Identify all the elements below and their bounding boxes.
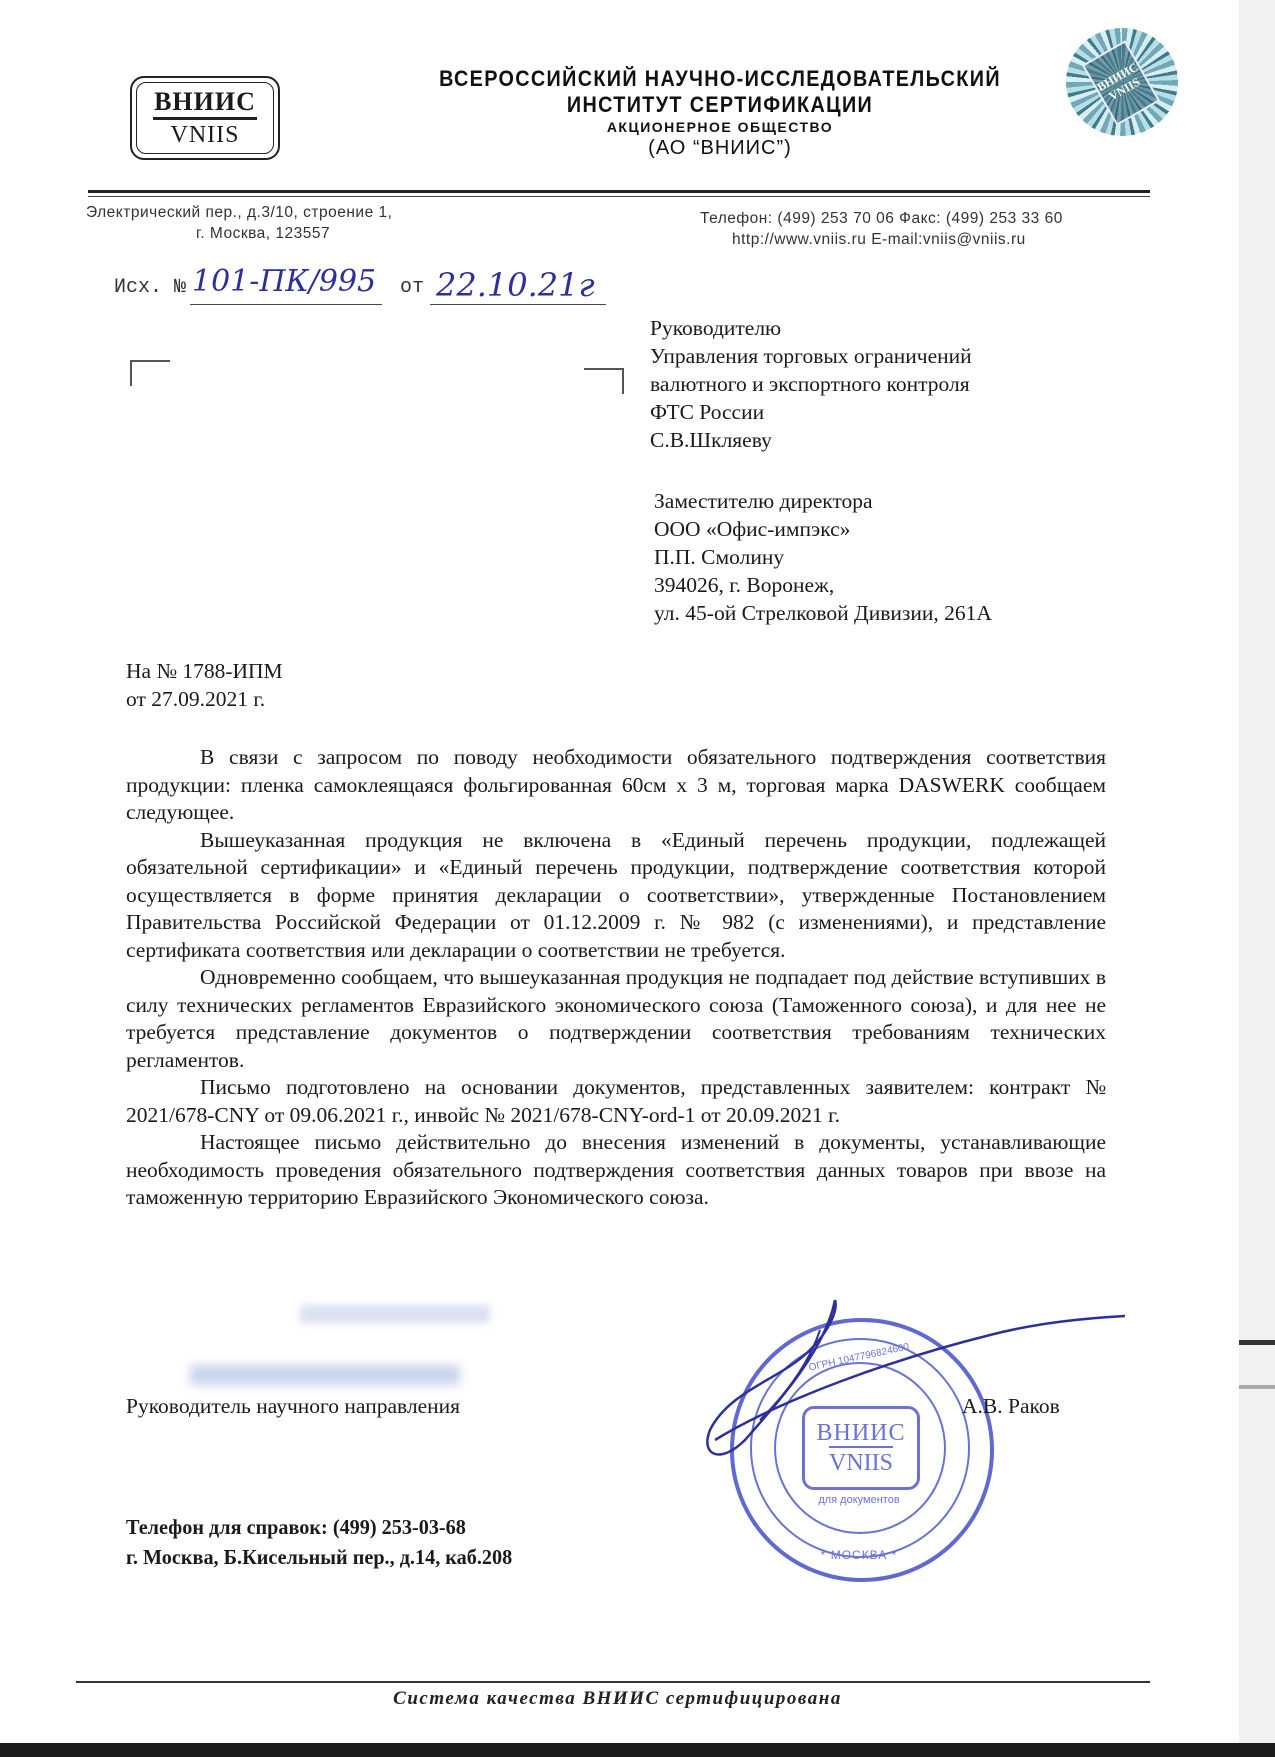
institute-line-4: (АО “ВНИИС”) — [380, 136, 1060, 160]
vniis-logo: ВНИИС VNIIS — [130, 76, 280, 160]
institute-address: Электрический пер., д.3/10, строение 1, … — [86, 202, 506, 244]
body-paragraph: Вышеуказанная продукция не включена в «Е… — [126, 827, 1106, 965]
faded-stamp-smudge — [300, 1305, 490, 1323]
recipient-line: ФТС России — [650, 398, 972, 426]
footer-quality-note: Система качества ВНИИС сертифицирована — [0, 1688, 1275, 1710]
header-divider-thin — [88, 196, 1150, 197]
address-corner-mark — [130, 360, 170, 386]
letter-body: В связи с запросом по поводу необходимос… — [126, 744, 1106, 1212]
inquiry-contact: Телефон для справок: (499) 253-03-68 г. … — [126, 1512, 512, 1572]
body-paragraph: Настоящее письмо действительно до внесен… — [126, 1129, 1106, 1212]
outgoing-number-label: Исх. № — [114, 276, 186, 299]
recipient-block-1: Руководителю Управления торговых огранич… — [650, 314, 972, 454]
phone-fax-line: Телефон: (499) 253 70 06 Факс: (499) 253… — [700, 208, 1160, 229]
stamp-purpose: для документов — [804, 1494, 914, 1506]
recipient-line: Заместителю директора — [654, 487, 992, 515]
recipient-line: ул. 45-ой Стрелковой Дивизии, 261А — [654, 599, 992, 627]
recipient-line: ООО «Офис-импэкс» — [654, 515, 992, 543]
in-reply-to: На № 1788-ИПМ от 27.09.2021 г. — [126, 657, 283, 713]
inquiry-phone: Телефон для справок: (499) 253-03-68 — [126, 1512, 512, 1542]
address-line-1: Электрический пер., д.3/10, строение 1, — [86, 202, 506, 223]
number-underline — [190, 304, 382, 305]
recipient-line: Руководителю — [650, 314, 972, 342]
scan-bottom-edge — [0, 1743, 1275, 1757]
faded-stamp-smudge — [190, 1365, 460, 1385]
institute-name: ВСЕРОССИЙСКИЙ НАУЧНО-ИССЛЕДОВАТЕЛЬСКИЙ И… — [380, 66, 1060, 160]
address-line-2: г. Москва, 123557 — [86, 223, 506, 244]
web-email-line: http://www.vniis.ru E-mail:vniis@vniis.r… — [700, 229, 1160, 250]
logo-text-en: VNIIS — [171, 122, 240, 148]
outgoing-date-handwritten: 22.10.21г — [436, 266, 595, 304]
recipient-line: валютного и экспортного контроля — [650, 370, 972, 398]
signatory-name: А.В. Раков — [962, 1394, 1060, 1419]
in-reply-number: На № 1788-ИПМ — [126, 657, 283, 685]
body-paragraph: В связи с запросом по поводу необходимос… — [126, 744, 1106, 827]
body-paragraph: Письмо подготовлено на основании докумен… — [126, 1074, 1106, 1129]
outgoing-from-label: от — [400, 276, 424, 299]
body-paragraph: Одновременно сообщаем, что вышеуказанная… — [126, 964, 1106, 1074]
institute-line-3: АКЦИОНЕРНОЕ ОБЩЕСТВО — [380, 118, 1060, 136]
institute-contacts: Телефон: (499) 253 70 06 Факс: (499) 253… — [700, 208, 1160, 250]
institute-line-1: ВСЕРОССИЙСКИЙ НАУЧНО-ИССЛЕДОВАТЕЛЬСКИЙ — [414, 66, 1026, 92]
outgoing-number-handwritten: 101-ПК/995 — [192, 264, 376, 299]
handwritten-signature-icon — [660, 1290, 1130, 1470]
recipient-block-2: Заместителю директора ООО «Офис-импэкс» … — [654, 487, 992, 627]
in-reply-date: от 27.09.2021 г. — [126, 685, 283, 713]
logo-text-ru: ВНИИС — [154, 88, 256, 116]
scan-edge-mark — [1239, 1340, 1275, 1345]
scan-edge-mark — [1239, 1385, 1275, 1389]
recipient-line: С.В.Шкляеву — [650, 426, 972, 454]
date-underline — [430, 304, 606, 305]
institute-line-2: ИНСТИТУТ СЕРТИФИКАЦИИ — [414, 92, 1026, 118]
header-divider — [88, 190, 1150, 193]
recipient-line: 394026, г. Воронеж, — [654, 571, 992, 599]
scan-edge — [1239, 0, 1275, 1757]
address-corner-mark — [584, 368, 624, 394]
stamp-city: * МОСКВА * — [804, 1548, 914, 1562]
recipient-line: П.П. Смолину — [654, 543, 992, 571]
hologram-seal-icon: ВНИИС VNIIS — [1066, 28, 1178, 136]
footer-divider — [76, 1681, 1150, 1683]
signatory-title: Руководитель научного направления — [126, 1394, 460, 1419]
recipient-line: Управления торговых ограничений — [650, 342, 972, 370]
inquiry-address: г. Москва, Б.Кисельный пер., д.14, каб.2… — [126, 1542, 512, 1572]
logo-divider — [153, 117, 257, 120]
